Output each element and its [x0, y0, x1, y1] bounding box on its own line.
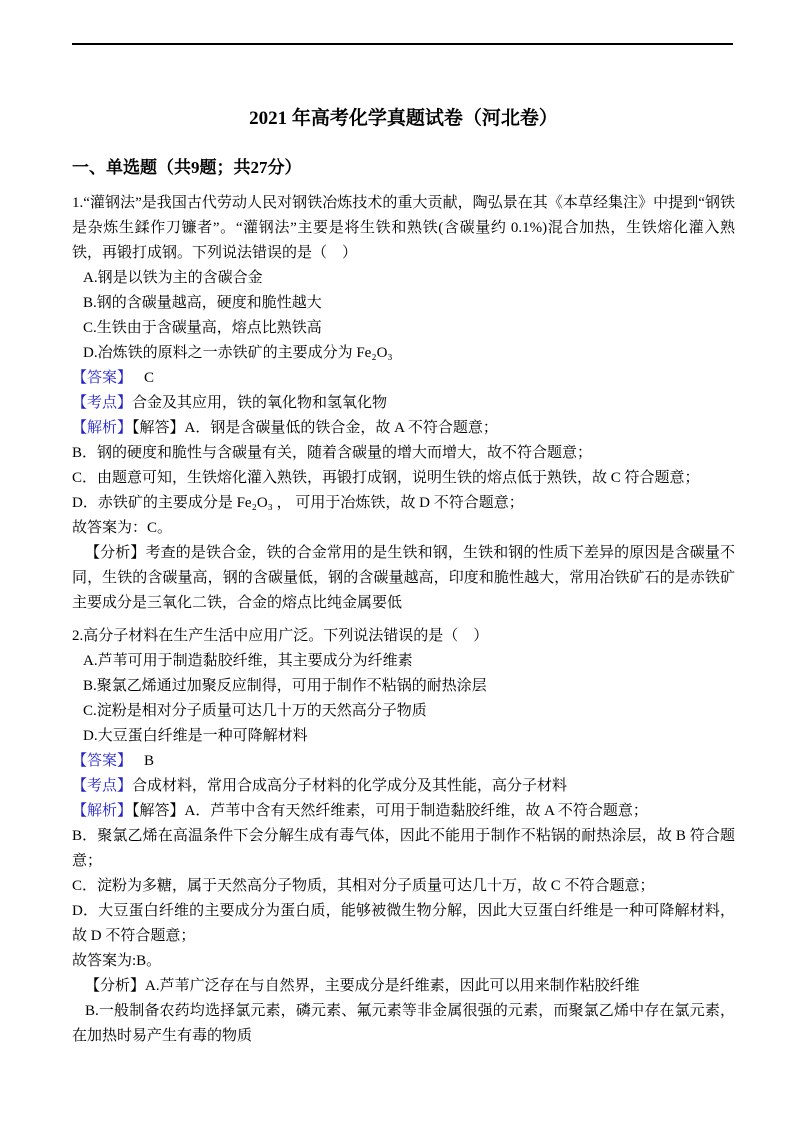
- question-2: 2.高分子材料在生产生活中应用广泛。下列说法错误的是（ ） A.芦苇可用于制造黏…: [72, 624, 735, 1049]
- option-c: C.生铁由于含碳量高，熔点比熟铁高: [72, 316, 735, 341]
- solve-line-b: B．钢的硬度和脆性与含碳量有关，随着含碳量的增大而增大，故不符合题意；: [72, 441, 735, 466]
- analysis-line-2: B.一般制备农药均选择氯元素，磷元素、氟元素等非金属很强的元素，而聚氯乙烯中存在…: [72, 999, 735, 1049]
- solve-line-d: D．大豆蛋白纤维的主要成分为蛋白质，能够被微生物分解，因此大豆蛋白纤维是一种可降…: [72, 899, 735, 949]
- solve-text: A．芦苇中含有天然纤维素，可用于制造黏胶纤维，故 A 不符合题意；: [185, 803, 648, 819]
- answer-label: 【答案】: [72, 370, 132, 386]
- topic-line: 【考点】合成材料，常用合成高分子材料的化学成分及其性能，高分子材料: [72, 774, 735, 799]
- option-b: B.钢的含碳量越高，硬度和脆性越大: [72, 291, 735, 316]
- answer-line: 【答案】C: [72, 366, 735, 391]
- topic-label: 【考点】: [72, 395, 132, 411]
- analysis-label: 【分析】: [85, 978, 145, 994]
- option-d: D.大豆蛋白纤维是一种可降解材料: [72, 724, 735, 749]
- solve-conclusion: 故答案为:B。: [72, 949, 735, 974]
- explain-line: 【解析】【解答】A．钢是含碳量低的铁合金，故 A 不符合题意；: [72, 416, 735, 441]
- analysis-line: 【分析】考查的是铁合金，铁的合金常用的是生铁和钢，生铁和钢的性质下差异的原因是含…: [72, 541, 735, 616]
- page-title: 2021 年高考化学真题试卷（河北卷）: [72, 0, 735, 132]
- header-divider: [72, 43, 733, 45]
- option-a: A.钢是以铁为主的含碳合金: [72, 266, 735, 291]
- topic-text: 合金及其应用，铁的氧化物和氢氧化物: [132, 395, 387, 411]
- question-stem: 2.高分子材料在生产生活中应用广泛。下列说法错误的是（ ）: [72, 624, 735, 649]
- section-heading: 一、单选题（共9题；共27分）: [72, 156, 735, 180]
- solve-conclusion: 故答案为：C。: [72, 516, 735, 541]
- topic-text: 合成材料，常用合成高分子材料的化学成分及其性能，高分子材料: [132, 778, 567, 794]
- analysis-text: A.芦苇广泛存在与自然界，主要成分是纤维素，因此可以用来制作粘胶纤维: [145, 978, 640, 994]
- solve-label: 【解答】: [132, 420, 185, 436]
- analysis-line: 【分析】A.芦苇广泛存在与自然界，主要成分是纤维素，因此可以用来制作粘胶纤维: [72, 974, 735, 999]
- explain-label: 【解析】: [72, 803, 132, 819]
- question-1: 1.“灌钢法”是我国古代劳动人民对钢铁冶炼技术的重大贡献，陶弘景在其《本草经集注…: [72, 191, 735, 616]
- option-a: A.芦苇可用于制造黏胶纤维，其主要成分为纤维素: [72, 649, 735, 674]
- solve-text: A．钢是含碳量低的铁合金，故 A 不符合题意；: [185, 420, 498, 436]
- answer-label: 【答案】: [72, 753, 132, 769]
- solve-line-c: C．由题意可知，生铁熔化灌入熟铁，再锻打成钢，说明生铁的熔点低于熟铁，故 C 符…: [72, 466, 735, 491]
- solve-label: 【解答】: [132, 803, 185, 819]
- explain-label: 【解析】: [72, 420, 132, 436]
- explain-line: 【解析】【解答】A．芦苇中含有天然纤维素，可用于制造黏胶纤维，故 A 不符合题意…: [72, 799, 735, 824]
- topic-label: 【考点】: [72, 778, 132, 794]
- solve-line-c: C．淀粉为多糖，属于天然高分子物质，其相对分子质量可达几十万，故 C 不符合题意…: [72, 874, 735, 899]
- option-b: B.聚氯乙烯通过加聚反应制得，可用于制作不粘锅的耐热涂层: [72, 674, 735, 699]
- answer-value: C: [144, 370, 154, 386]
- solve-line-b: B．聚氯乙烯在高温条件下会分解生成有毒气体，因此不能用于制作不粘锅的耐热涂层，故…: [72, 824, 735, 874]
- topic-line: 【考点】合金及其应用，铁的氧化物和氢氧化物: [72, 391, 735, 416]
- solve-line-d: D．赤铁矿的主要成分是 Fe₂O₃ ， 可用于冶炼铁，故 D 不符合题意；: [72, 491, 735, 516]
- answer-value: B: [144, 753, 154, 769]
- document-page: 2021 年高考化学真题试卷（河北卷） 一、单选题（共9题；共27分） 1.“灌…: [0, 0, 793, 1049]
- question-stem: 1.“灌钢法”是我国古代劳动人民对钢铁冶炼技术的重大贡献，陶弘景在其《本草经集注…: [72, 191, 735, 266]
- analysis-label: 【分析】: [85, 545, 145, 561]
- option-c: C.淀粉是相对分子质量可达几十万的天然高分子物质: [72, 699, 735, 724]
- analysis-text: 考查的是铁合金，铁的合金常用的是生铁和钢，生铁和钢的性质下差异的原因是含碳量不同…: [72, 545, 735, 611]
- option-d: D.冶炼铁的原料之一赤铁矿的主要成分为 Fe₂O₃: [72, 341, 735, 366]
- answer-line: 【答案】B: [72, 749, 735, 774]
